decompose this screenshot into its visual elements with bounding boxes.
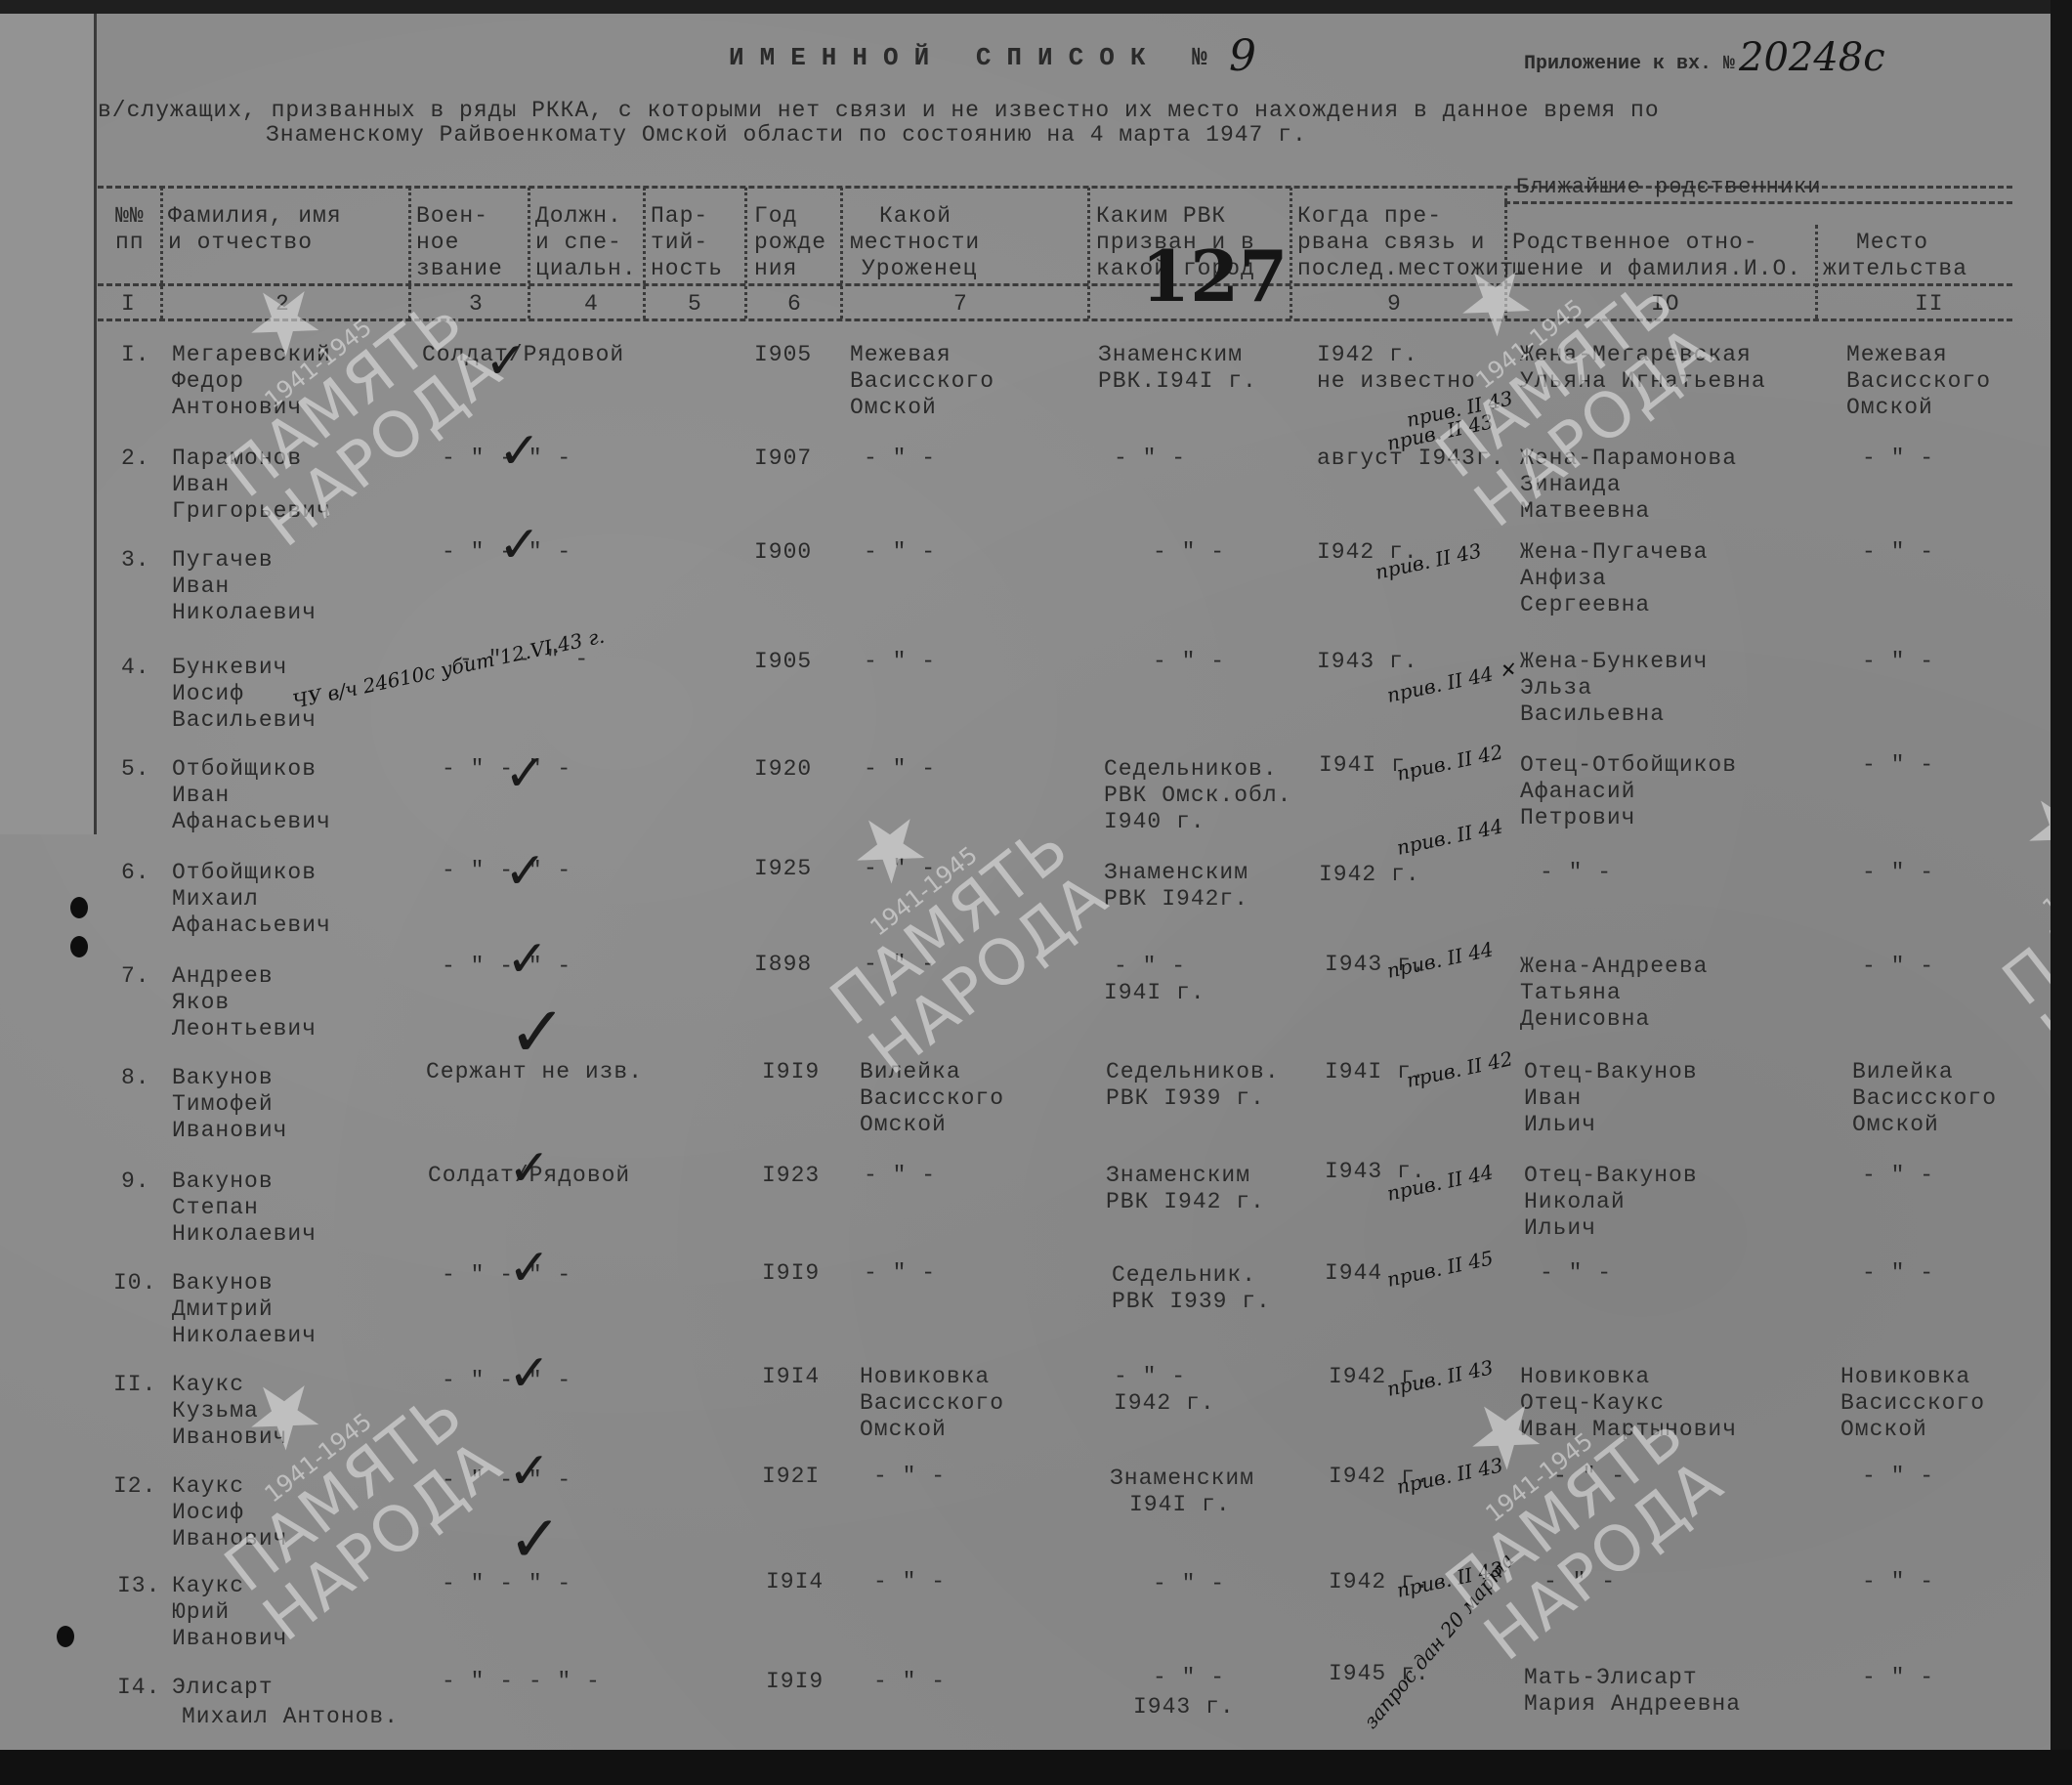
residence-line: - " -	[1862, 1569, 1934, 1595]
birth-year: I9I4	[766, 1569, 824, 1595]
checkmark-icon: ✓	[504, 748, 547, 799]
name-patronymic: Иванович	[172, 1118, 287, 1144]
relative-line: Анфиза	[1520, 566, 1607, 592]
residence-line: - " -	[1862, 446, 1934, 472]
residence-line: Вилейка	[1852, 1059, 1954, 1085]
name-surname: Элисарт	[172, 1675, 274, 1701]
header-col-3-line-1: Воен-	[416, 203, 488, 230]
draft-office: Знаменским	[1104, 860, 1248, 886]
column-divider	[528, 188, 530, 319]
header-col-1-line-2: пп	[115, 230, 145, 256]
checkmark-icon: ✓	[508, 1143, 551, 1194]
draft-office: I942 г.	[1114, 1390, 1215, 1417]
handwritten-header-mark: 127	[1141, 234, 1288, 318]
relative-line: Николай	[1524, 1189, 1626, 1215]
military-rank: - " - " -	[442, 1262, 571, 1289]
header-col-9-line-2: рвана связь и	[1297, 230, 1485, 256]
name-first: Михаил Антонов.	[182, 1704, 399, 1730]
draft-office: Знаменским	[1110, 1466, 1254, 1492]
birthplace-line: - " -	[873, 1569, 946, 1595]
draft-office: Седельников.	[1104, 756, 1278, 783]
punch-hole	[70, 936, 88, 957]
row-number: I.	[121, 342, 150, 368]
relative-line: Сергеевна	[1520, 592, 1650, 618]
draft-office: РВК I942 г.	[1106, 1189, 1265, 1215]
birth-year: I905	[754, 649, 812, 675]
relative-line: Жена-Андреева	[1520, 954, 1708, 980]
birthplace-line: - " -	[864, 446, 936, 472]
birthplace-line: Васисского	[860, 1390, 1004, 1417]
relative-line: Ильич	[1524, 1215, 1596, 1242]
relative-line: Татьяна	[1520, 980, 1622, 1006]
header-col-7-line-2: местности	[850, 230, 980, 256]
residence-line: Омской	[1846, 395, 1933, 421]
checkmark-icon: ✓	[508, 1243, 551, 1294]
header-col-11-line-2: жительства	[1823, 256, 1967, 282]
birthplace-line: Васисского	[850, 368, 994, 395]
row-number: I4.	[117, 1675, 160, 1701]
residence-line: - " -	[1862, 954, 1934, 980]
row-number: 5.	[121, 756, 150, 783]
relative-line: Мария Андреевна	[1524, 1691, 1741, 1718]
birth-year: I905	[754, 342, 812, 368]
draft-office: Седельников.	[1106, 1059, 1280, 1085]
header-col-8-line-1: Каким РВК	[1096, 203, 1226, 230]
subtitle-line-1: в/служащих, призванных в ряды РККА, с ко…	[98, 98, 1660, 124]
birthplace-line: - " -	[873, 1669, 946, 1695]
scan-edge-bottom	[0, 1750, 2072, 1785]
birthplace-line: Омской	[860, 1112, 947, 1138]
birth-year: I920	[754, 756, 812, 783]
header-col-2-line-1: Фамилия, имя	[168, 203, 342, 230]
column-divider	[744, 188, 747, 319]
checkmark-icon: ✓	[508, 1514, 562, 1565]
relative-line: Васильевна	[1520, 701, 1665, 728]
residence-line: - " -	[1862, 1260, 1934, 1287]
draft-office: I943 г.	[1133, 1694, 1235, 1721]
residence-line: Омской	[1840, 1417, 1927, 1443]
birth-year: I9I9	[762, 1260, 820, 1287]
relative-line: Отец-Отбойщиков	[1520, 752, 1737, 779]
birth-year: I9I9	[766, 1669, 824, 1695]
birth-year: I9I9	[762, 1059, 820, 1085]
name-first: Иван	[172, 472, 230, 498]
birth-year: I907	[754, 446, 812, 472]
punch-hole	[57, 1626, 74, 1647]
residence-line: - " -	[1862, 539, 1934, 566]
birthplace-line: Омской	[860, 1417, 947, 1443]
relative-line: Мать-Элисарт	[1524, 1665, 1698, 1691]
col-number-1: I	[121, 291, 136, 318]
col-number-7: 7	[953, 291, 968, 318]
header-col-4-line-1: Должн.	[535, 203, 622, 230]
row-number: 7.	[121, 963, 150, 990]
draft-office: - " -	[1114, 446, 1186, 472]
header-col-6-line-1: Год	[754, 203, 797, 230]
header-col-6-line-3: ния	[754, 256, 797, 282]
birth-year: I923	[762, 1163, 820, 1189]
name-patronymic: Николаевич	[172, 1323, 317, 1349]
checkmark-icon: ✓	[508, 1348, 551, 1399]
header-col-3-line-2: ное	[416, 230, 459, 256]
col-number-9: 9	[1387, 291, 1402, 318]
registry-stamp-number: 20248с	[1739, 35, 1885, 80]
document-title: ИМЕННОЙ СПИСОК №	[729, 45, 1223, 71]
name-surname: Отбойщиков	[172, 860, 317, 886]
column-divider	[1290, 188, 1292, 319]
header-col-7-line-3: Уроженец	[862, 256, 977, 282]
column-divider	[840, 188, 843, 319]
relative-line: Отец-Вакунов	[1524, 1163, 1698, 1189]
header-col-9-line-1: Когда пре-	[1297, 203, 1442, 230]
draft-office: I940 г.	[1104, 809, 1205, 835]
draft-office: - " -	[1114, 1364, 1186, 1390]
name-first: Иван	[172, 574, 230, 600]
draft-office: - " -	[1153, 649, 1225, 675]
binding-margin	[0, 14, 97, 834]
birthplace-line: - " -	[864, 1260, 936, 1287]
birth-year: I92I	[762, 1464, 820, 1490]
draft-office: РВК I942г.	[1104, 886, 1248, 913]
name-surname: Вакунов	[172, 1169, 274, 1195]
relative-line: - " -	[1540, 860, 1612, 886]
checkmark-icon: ✓	[508, 1446, 551, 1497]
birthplace-line: Васисского	[860, 1085, 1004, 1112]
row-number: 6.	[121, 860, 150, 886]
checkmark-icon: ✓	[498, 426, 541, 477]
name-first: Михаил	[172, 886, 259, 913]
name-surname: Отбойщиков	[172, 756, 317, 783]
row-number: II.	[113, 1372, 156, 1398]
col-number-6: 6	[787, 291, 802, 318]
row-number: I0.	[113, 1270, 156, 1296]
relative-line: Ильич	[1524, 1112, 1596, 1138]
relative-line: Жена-Бункевич	[1520, 649, 1708, 675]
checkmark-icon: ✓	[506, 934, 549, 985]
name-first: Иван	[172, 783, 230, 809]
name-surname: Бункевич	[172, 655, 287, 681]
residence-line: - " -	[1862, 1163, 1934, 1189]
draft-office: I94I г.	[1129, 1492, 1231, 1518]
name-patronymic: Леонтьевич	[172, 1016, 317, 1042]
residence-line: Новиковка	[1840, 1364, 1970, 1390]
name-patronymic: Афанасьевич	[172, 913, 331, 939]
name-first: Яков	[172, 990, 230, 1016]
birthplace-line: Межевая	[850, 342, 951, 368]
residence-line: Васисского	[1846, 368, 1991, 395]
relative-line: Жена-Пугачева	[1520, 539, 1708, 566]
name-patronymic: Николаевич	[172, 600, 317, 626]
birthplace-line: - " -	[864, 539, 936, 566]
relative-line: Афанасий	[1520, 779, 1635, 805]
birth-year: I9I4	[762, 1364, 820, 1390]
list-number: 9	[1229, 31, 1256, 81]
draft-office: Знаменским	[1098, 342, 1243, 368]
name-surname: Вакунов	[172, 1270, 274, 1296]
birthplace-line: - " -	[864, 1163, 936, 1189]
residence-line: Васисского	[1852, 1085, 1997, 1112]
name-patronymic: Николаевич	[172, 1221, 317, 1248]
header-col-6-line-2: рожде	[754, 230, 826, 256]
col-number-5: 5	[688, 291, 702, 318]
row-number: 3.	[121, 547, 150, 574]
residence-line: - " -	[1862, 649, 1934, 675]
header-col-2-line-2: и отчество	[168, 230, 313, 256]
contact-lost: I944	[1325, 1260, 1382, 1287]
residence-line: - " -	[1862, 860, 1934, 886]
military-rank: - " - " -	[459, 647, 589, 673]
name-surname: Пугачев	[172, 547, 274, 574]
row-number: 8.	[121, 1065, 150, 1091]
column-divider	[160, 188, 163, 319]
name-first: Дмитрий	[172, 1296, 274, 1323]
contact-lost: I943 г.	[1317, 649, 1418, 675]
column-divider	[1815, 225, 1818, 319]
draft-office: - " -	[1153, 539, 1225, 566]
birthplace-line: Омской	[850, 395, 937, 421]
row-number: I3.	[117, 1573, 160, 1599]
residence-line: Васисского	[1840, 1390, 1985, 1417]
name-first: Тимофей	[172, 1091, 274, 1118]
subtitle-line-2: Знаменскому Райвоенкомату Омской области…	[266, 122, 1307, 149]
contact-lost: I942 г.	[1319, 862, 1420, 888]
relative-line: Петрович	[1520, 805, 1635, 831]
header-col-7-line-1: Какой	[879, 203, 951, 230]
birthplace-line: - " -	[864, 649, 936, 675]
draft-office: Знаменским	[1106, 1163, 1250, 1189]
header-col-1-line-1: №№	[115, 203, 145, 230]
name-patronymic: Афанасьевич	[172, 809, 331, 835]
name-first: Юрий	[172, 1599, 230, 1626]
header-col-5-line-3: ность	[651, 256, 723, 282]
header-col-11-line-1: Место	[1856, 230, 1928, 256]
draft-office: - " -	[1153, 1665, 1225, 1691]
name-first: Иосиф	[172, 681, 244, 707]
checkmark-icon: ✓	[498, 520, 541, 571]
header-col-5-line-2: тий-	[651, 230, 708, 256]
name-patronymic: Иванович	[172, 1626, 287, 1652]
name-surname: Андреев	[172, 963, 274, 990]
row-number: 4.	[121, 655, 150, 681]
draft-office: - " -	[1114, 954, 1186, 980]
name-surname: Вакунов	[172, 1065, 274, 1091]
draft-office: РВК I939 г.	[1106, 1085, 1265, 1112]
relative-line: Отец-Вакунов	[1524, 1059, 1698, 1085]
registry-stamp-label: Приложение к вх. №	[1524, 51, 1735, 77]
residence-line: Омской	[1852, 1112, 1939, 1138]
birth-year: I900	[754, 539, 812, 566]
military-rank: - " - " -	[442, 1368, 571, 1394]
header-col-4-line-2: и спе-	[535, 230, 622, 256]
draft-office: I94I г.	[1104, 980, 1205, 1006]
military-rank: - " - - " -	[442, 1669, 601, 1695]
residence-line: - " -	[1862, 752, 1934, 779]
draft-office: - " -	[1153, 1571, 1225, 1597]
col-number-4: 4	[584, 291, 599, 318]
col-number-3: 3	[469, 291, 484, 318]
column-divider	[643, 188, 646, 319]
relative-line: Иван	[1524, 1085, 1582, 1112]
row-number: I2.	[113, 1473, 156, 1500]
residence-line: - " -	[1862, 1665, 1934, 1691]
name-first: Степан	[172, 1195, 259, 1221]
draft-office: Седельник.	[1112, 1262, 1256, 1289]
birthplace-line: Новиковка	[860, 1364, 990, 1390]
relative-line: Эльза	[1520, 675, 1592, 701]
col-number-11: II	[1915, 291, 1944, 318]
row-number: 9.	[121, 1169, 150, 1195]
draft-office: РВК I939 г.	[1112, 1289, 1271, 1315]
column-divider	[1087, 188, 1090, 319]
checkmark-icon: ✓	[508, 1006, 567, 1057]
row-number: 2.	[121, 446, 150, 472]
header-col-5-line-1: Пар-	[651, 203, 708, 230]
residence-line: Межевая	[1846, 342, 1948, 368]
punch-hole	[70, 897, 88, 918]
relative-line: - " -	[1540, 1260, 1612, 1287]
draft-office: РВК Омск.обл.	[1104, 783, 1291, 809]
relative-line: Денисовна	[1520, 1006, 1650, 1033]
draft-office: РВК.I94I г.	[1098, 368, 1257, 395]
scan-edge-right	[2051, 0, 2072, 1785]
birthplace-line: - " -	[873, 1464, 946, 1490]
header-col-4-line-3: циальн.	[535, 256, 637, 282]
residence-line: - " -	[1862, 1464, 1934, 1490]
checkmark-icon: ✓	[504, 846, 547, 897]
